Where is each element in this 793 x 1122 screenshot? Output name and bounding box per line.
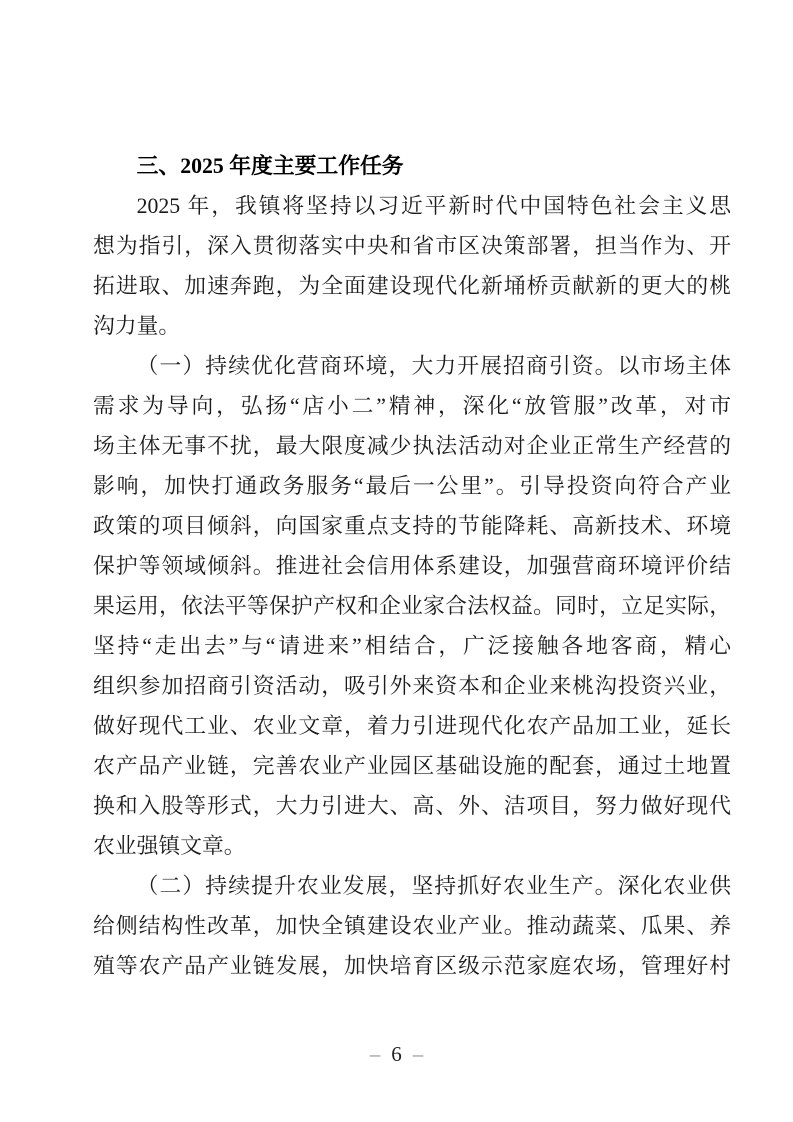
paragraph-intro: 2025 年，我镇将坚持以习近平新时代中国特色社会主义思 想为指引，深入贯彻落实… — [93, 186, 731, 346]
text-line: 坚持“走出去”与“请进来”相结合，广泛接触各地客商，精心 — [93, 626, 731, 666]
text-line: 殖等农产品产业链发展，加快培育区级示范家庭农场，管理好村 — [93, 946, 731, 986]
text-line: 拓进取、加速奔跑，为全面建设现代化新埇桥贡献新的更大的桃 — [93, 266, 731, 306]
text-line: 果运用，依法平等保护产权和企业家合法权益。同时，立足实际， — [93, 586, 731, 626]
text-line: 给侧结构性改革，加快全镇建设农业产业。推动蔬菜、瓜果、养 — [93, 906, 731, 946]
text-line: 做好现代工业、农业文章，着力引进现代化农产品加工业，延长 — [93, 706, 731, 746]
text-line: 组织参加招商引资活动，吸引外来资本和企业来桃沟投资兴业， — [93, 666, 731, 706]
page-footer: –6– — [0, 1040, 793, 1068]
footer-dash-right: – — [413, 1042, 424, 1066]
text-line: 农产品产业链，完善农业产业园区基础设施的配套，通过土地置 — [93, 746, 731, 786]
section-heading: 三、2025 年度主要工作任务 — [93, 146, 731, 186]
text-line: 2025 年，我镇将坚持以习近平新时代中国特色社会主义思 — [93, 186, 731, 226]
footer-page-number: 6 — [391, 1042, 402, 1066]
document-page: 三、2025 年度主要工作任务 2025 年，我镇将坚持以习近平新时代中国特色社… — [0, 0, 793, 1122]
text-line: 想为指引，深入贯彻落实中央和省市区决策部署，担当作为、开 — [93, 226, 731, 266]
paragraph-item-1: （一）持续优化营商环境，大力开展招商引资。以市场主体 需求为导向，弘扬“店小二”… — [93, 346, 731, 866]
paragraph-item-2: （二）持续提升农业发展，坚持抓好农业生产。深化农业供 给侧结构性改革，加快全镇建… — [93, 866, 731, 986]
text-line: 换和入股等形式，大力引进大、高、外、洁项目，努力做好现代 — [93, 786, 731, 826]
document-body: 三、2025 年度主要工作任务 2025 年，我镇将坚持以习近平新时代中国特色社… — [93, 146, 731, 986]
text-line: （一）持续优化营商环境，大力开展招商引资。以市场主体 — [93, 346, 731, 386]
text-line: 场主体无事不扰，最大限度减少执法活动对企业正常生产经营的 — [93, 426, 731, 466]
text-line: 需求为导向，弘扬“店小二”精神，深化“放管服”改革，对市 — [93, 386, 731, 426]
text-line: 保护等领域倾斜。推进社会信用体系建设，加强营商环境评价结 — [93, 546, 731, 586]
text-line: （二）持续提升农业发展，坚持抓好农业生产。深化农业供 — [93, 866, 731, 906]
text-line: 农业强镇文章。 — [93, 826, 731, 866]
footer-dash-left: – — [370, 1042, 381, 1066]
text-line: 沟力量。 — [93, 306, 731, 346]
text-line: 政策的项目倾斜，向国家重点支持的节能降耗、高新技术、环境 — [93, 506, 731, 546]
text-line: 影响，加快打通政务服务“最后一公里”。引导投资向符合产业 — [93, 466, 731, 506]
